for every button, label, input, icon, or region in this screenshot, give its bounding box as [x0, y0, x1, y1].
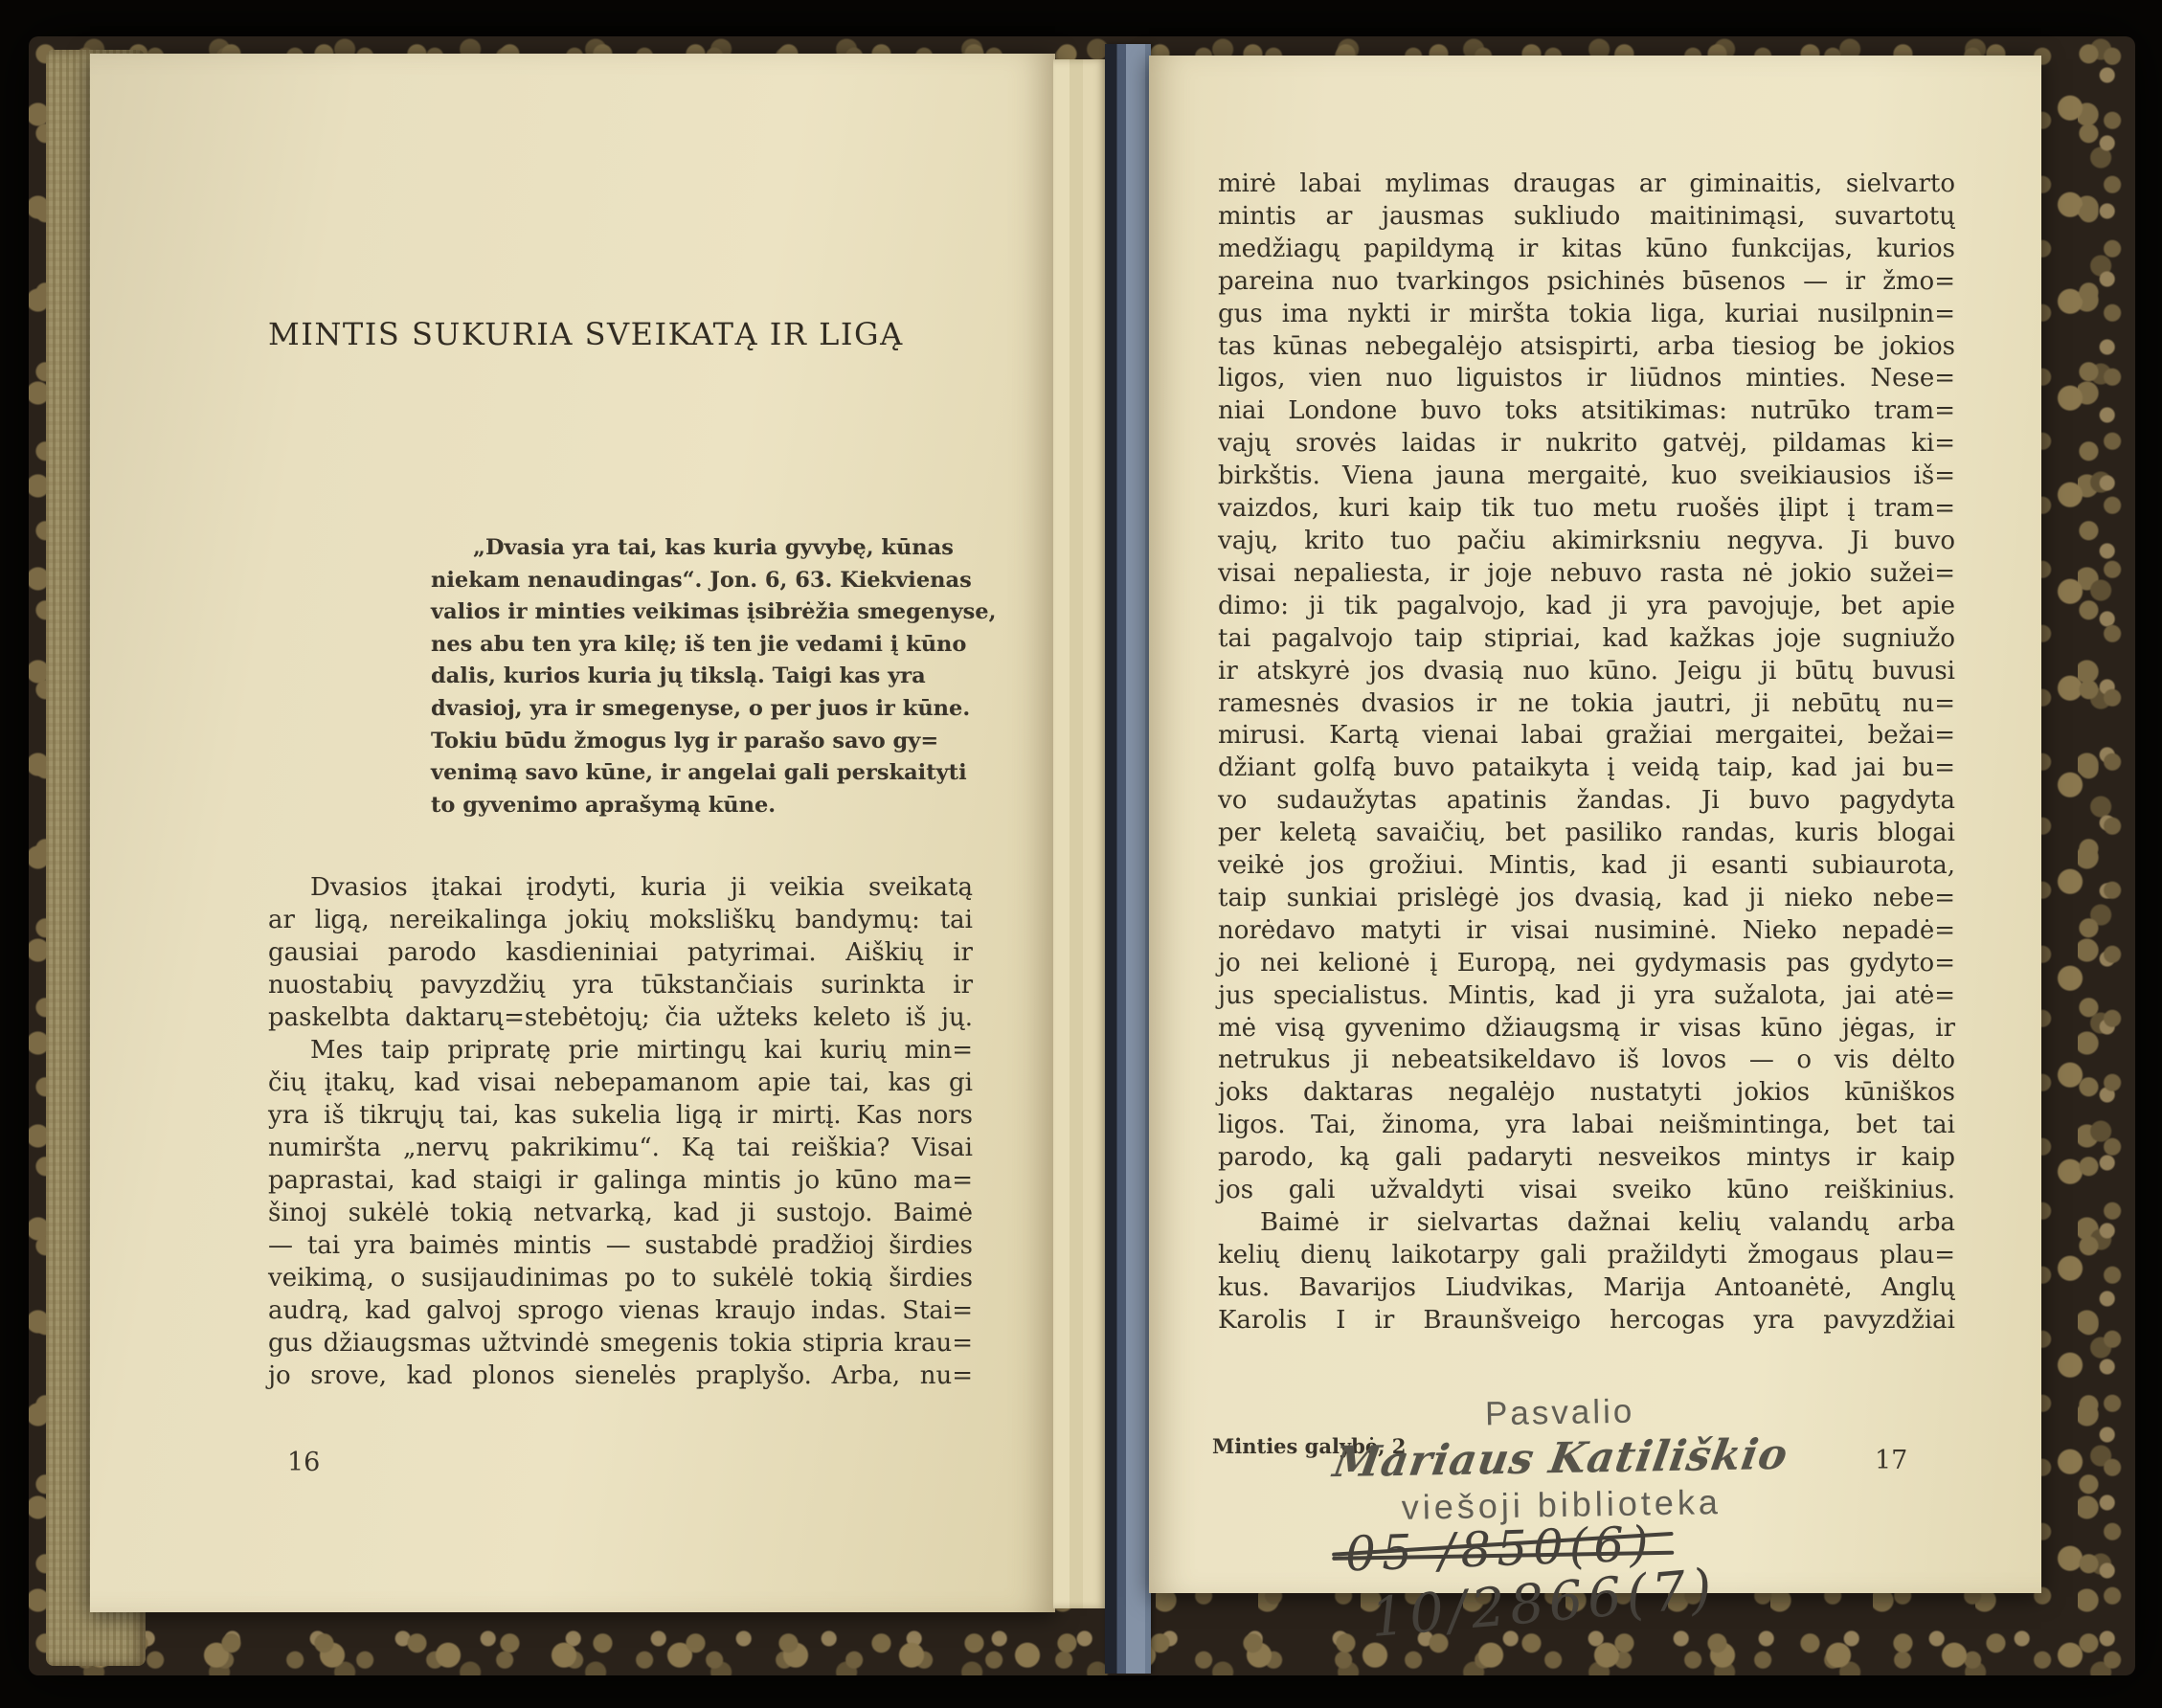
- chapter-title: MINTIS SUKURIA SVEIKATĄ IR LIGĄ: [268, 316, 973, 352]
- text-line: nes abu ten yra kilę; iš ten jie vedami …: [431, 629, 873, 662]
- left-page: MINTIS SUKURIA SVEIKATĄ IR LIGĄ „Dvasia …: [90, 54, 1055, 1612]
- paragraph: Baimė ir sielvartas dažnai kelių valandų…: [1218, 1207, 1955, 1337]
- epigraph: „Dvasia yra tai, kas kuria gyvybę, kūnas…: [431, 532, 873, 821]
- text-line: — tai yra baimės mintis — sustabdė pradž…: [268, 1229, 973, 1262]
- text-line: ligos. Tai, žinoma, yra labai neišmintin…: [1218, 1110, 1955, 1142]
- paragraph: mirė labai mylimas draugas ar giminaitis…: [1218, 169, 1955, 1207]
- text-line: veikimą, o susijaudinimas po to sukėlė t…: [268, 1262, 973, 1294]
- text-line: vajų, krito tuo pačiu akimirksniu negyva…: [1218, 526, 1955, 558]
- text-line: per keletą savaičių, bet pasiliko randas…: [1218, 818, 1955, 850]
- text-line: vo sudaužytas apatinis žandas. Ji buvo p…: [1218, 785, 1955, 818]
- handwritten-catalog-numbers: 05 /850(6) 10/2866(7): [1329, 1510, 1831, 1639]
- text-line: taip sunkiai prislėgė jos dvasią, kad ji…: [1218, 883, 1955, 915]
- text-line: pareina nuo tvarkingos psichinės būsenos…: [1218, 266, 1955, 299]
- text-line: norėdavo matyti ir visai nusiminė. Nieko…: [1218, 915, 1955, 948]
- text-line: visai nepaliesta, ir joje nebuvo rasta n…: [1218, 558, 1955, 591]
- text-line: ligos, vien nuo liguistos ir liūdnos min…: [1218, 363, 1955, 395]
- paragraph: Dvasios įtakai įrodyti, kuria ji veikia …: [268, 871, 973, 1034]
- text-line: vaizdos, kuri kaip tik tuo metu ruošės į…: [1218, 493, 1955, 526]
- text-line: mirė labai mylimas draugas ar giminaitis…: [1218, 169, 1955, 201]
- text-line: mirusi. Kartą vienai labai gražiai merga…: [1218, 720, 1955, 753]
- text-line: Mes taip pripratę prie mirtingų kai kuri…: [268, 1034, 973, 1067]
- text-line: Karolis I ir Braunšveigo hercogas yra pa…: [1218, 1305, 1955, 1337]
- text-line: medžiagų papildymą ir kitas kūno funkcij…: [1218, 234, 1955, 266]
- text-line: joks daktaras negalėjo nustatyti jokios …: [1218, 1077, 1955, 1110]
- text-line: birkštis. Viena jauna mergaitė, kuo svei…: [1218, 461, 1955, 493]
- text-line: dimo: ji tik pagalvojo, kad ji yra pavoj…: [1218, 591, 1955, 623]
- text-line: ar ligą, nereikalinga jokių moksliškų ba…: [268, 904, 973, 936]
- text-line: gus ima nykti ir miršta tokia liga, kuri…: [1218, 299, 1955, 331]
- text-line: mintis ar jausmas sukliudo maitinimąsi, …: [1218, 201, 1955, 234]
- text-line: ramesnės dvasios ir ne tokia jautri, ji …: [1218, 688, 1955, 721]
- gutter-ribbon: [1105, 44, 1151, 1674]
- text-line: numiršta „nervų pakrikimu“. Ką tai reišk…: [268, 1132, 973, 1164]
- text-line: netrukus ji nebeatsikeldavo iš lovos — o…: [1218, 1045, 1955, 1077]
- text-line: Tokiu būdu žmogus lyg ir parašo savo gy=: [431, 726, 873, 758]
- text-line: audrą, kad galvoj sprogo vienas kraujo i…: [268, 1294, 973, 1327]
- page-number-left: 16: [287, 1448, 320, 1477]
- text-line: šinoj sukėlė tokią netvarką, kad ji sust…: [268, 1197, 973, 1229]
- page-number-right: 17: [1875, 1446, 1907, 1475]
- text-line: jus specialistus. Mintis, kad ji yra suž…: [1218, 980, 1955, 1013]
- book-photo: MINTIS SUKURIA SVEIKATĄ IR LIGĄ „Dvasia …: [0, 0, 2162, 1708]
- text-line: čių įtakų, kad visai nebepamanom apie ta…: [268, 1067, 973, 1099]
- text-line: kus. Bavarijos Liudvikas, Marija Antoanė…: [1218, 1272, 1955, 1305]
- stamp-name-line: Mariaus Katiliškio: [1289, 1429, 1833, 1488]
- text-line: jos gali užvaldyti visai sveiko kūno rei…: [1218, 1175, 1955, 1207]
- text-line: tai pagalvojo taip stipriai, kad kažkas …: [1218, 623, 1955, 656]
- text-line: dvasioj, yra ir smegenyse, o per juos ir…: [431, 693, 873, 726]
- text-line: kelių dienų laikotarpy gali pražildyti ž…: [1218, 1240, 1955, 1272]
- text-line: ir atskyrė jos dvasią nuo kūno. Jeigu ji…: [1218, 656, 1955, 688]
- text-line: džiant golfą buvo pataikyta į veidą taip…: [1218, 753, 1955, 785]
- text-line: „Dvasia yra tai, kas kuria gyvybę, kūnas: [431, 532, 873, 565]
- text-line: veikė jos grožiui. Mintis, kad ji esanti…: [1218, 850, 1955, 883]
- text-line: valios ir minties veikimas įsibrėžia sme…: [431, 596, 873, 629]
- text-line: tas kūnas nebegalėjo atsispirti, arba ti…: [1218, 331, 1955, 364]
- page-edge-stack: [1053, 59, 1107, 1608]
- text-line: Baimė ir sielvartas dažnai kelių valandų…: [1218, 1207, 1955, 1240]
- text-line: nuostabių pavyzdžių yra tūkstančiais sur…: [268, 969, 973, 1001]
- text-line: venimą savo kūne, ir angelai gali perska…: [431, 757, 873, 790]
- text-line: jo nei kelionė į Europą, nei gydymasis p…: [1218, 948, 1955, 980]
- text-line: paskelbta daktarų=stebėtojų; čia užteks …: [268, 1001, 973, 1034]
- text-line: yra iš tikrųjų tai, kas sukelia ligą ir …: [268, 1099, 973, 1132]
- text-line: Dvasios įtakai įrodyti, kuria ji veikia …: [268, 871, 973, 904]
- text-line: jo srove, kad plonos sienelės praplyšo. …: [268, 1360, 973, 1392]
- text-line: to gyvenimo aprašymą kūne.: [431, 790, 873, 822]
- text-line: niai Londone buvo toks atsitikimas: nutr…: [1218, 395, 1955, 428]
- stamp-town-line: Pasvalio: [1292, 1389, 1829, 1437]
- text-line: vajų srovės laidas ir nukrito gatvėj, pi…: [1218, 428, 1955, 461]
- text-line: dalis, kurios kuria jų tikslą. Taigi kas…: [431, 661, 873, 693]
- text-line: parodo, ką gali padaryti nesveikos minty…: [1218, 1142, 1955, 1175]
- text-line: paprastai, kad staigi ir galinga mintis …: [268, 1164, 973, 1197]
- paragraph: Mes taip pripratę prie mirtingų kai kuri…: [268, 1034, 973, 1392]
- text-line: niekam nenaudingas“. Jon. 6, 63. Kiekvie…: [431, 565, 873, 597]
- text-line: mė visą gyvenimo džiaugsmą ir visas kūno…: [1218, 1013, 1955, 1045]
- right-page: mirė labai mylimas draugas ar giminaitis…: [1149, 56, 2041, 1593]
- library-stamp: Pasvalio Mariaus Katiliškio viešoji bibl…: [1292, 1389, 1830, 1530]
- text-line: gausiai parodo kasdieniniai patyrimai. A…: [268, 936, 973, 969]
- text-line: gus džiaugsmas užtvindė smegenis tokia s…: [268, 1327, 973, 1360]
